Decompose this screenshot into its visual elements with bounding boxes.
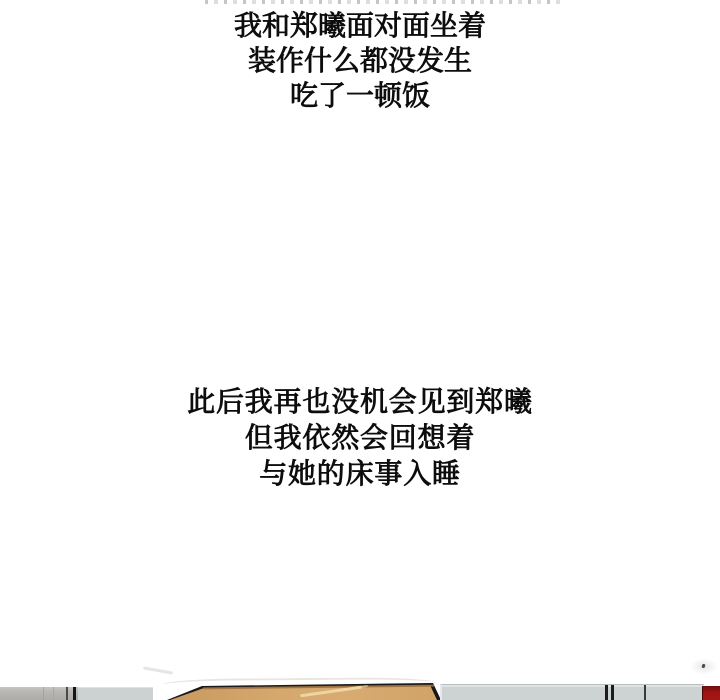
wall-seam-line (605, 685, 608, 700)
narration-line: 我和郑曦面对面坐着 (0, 8, 720, 43)
wall-band-right (440, 684, 704, 700)
wall-seam-line (73, 687, 76, 700)
narration-line: 装作什么都没发生 (0, 43, 720, 78)
narration-block-middle: 此后我再也没机会见到郑曦 但我依然会回想着 与她的床事入睡 (0, 384, 720, 492)
narration-line: 与她的床事入睡 (0, 456, 720, 492)
clipped-text-remnant (205, 0, 561, 4)
narration-line: 吃了一顿饭 (0, 78, 720, 113)
wall-seam-line (644, 685, 646, 700)
comic-page: 我和郑曦面对面坐着 装作什么都没发生 吃了一顿饭 此后我再也没机会见到郑曦 但我… (0, 0, 720, 700)
wall-band-left (0, 687, 78, 700)
wall-band-mid (78, 687, 153, 700)
wall-seam-line (43, 687, 44, 700)
narration-line: 此后我再也没机会见到郑曦 (0, 384, 720, 420)
narration-line: 但我依然会回想着 (0, 420, 720, 456)
wall-seam-line (53, 687, 54, 700)
narration-block-top: 我和郑曦面对面坐着 装作什么都没发生 吃了一顿饭 (0, 8, 720, 113)
wall-seam-line (611, 685, 614, 700)
red-object-edge (702, 686, 720, 700)
faint-sketch-mark (143, 666, 173, 674)
wall-seam-line (66, 687, 68, 700)
next-panel-top-sliver (0, 682, 720, 700)
